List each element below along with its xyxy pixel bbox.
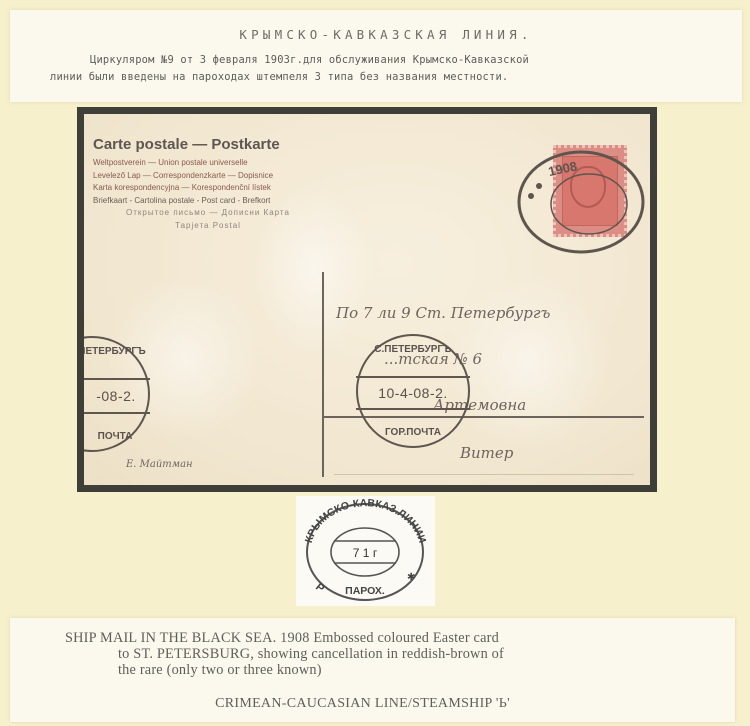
section-heading: КРЫМСКО-КАВКАЗСКАЯ ЛИНИЯ. bbox=[10, 27, 742, 42]
handwritten-address: Витер bbox=[460, 444, 513, 462]
svg-text:КРЫМСКО-КАВКАЗ.ЛИНИИ: КРЫМСКО-КАВКАЗ.ЛИНИИ bbox=[303, 497, 428, 544]
caption-line: to ST. PETERSBURG, showing cancellation … bbox=[65, 646, 725, 662]
description-line: линии были введены на пароходах штемпеля… bbox=[50, 69, 730, 86]
bottom-caption-label: SHIP MAIL IN THE BLACK SEA. 1908 Embosse… bbox=[10, 618, 735, 722]
language-line: Открытое письмо — Дописни Карта bbox=[93, 207, 323, 220]
postcard-languages: Weltpostverein — Union postale universel… bbox=[93, 157, 323, 232]
stamp-cancellation: 1908 bbox=[509, 144, 649, 264]
svg-text:✱: ✱ bbox=[407, 572, 415, 583]
language-line: Karta korespondencyjna — Korespondenční … bbox=[93, 182, 323, 195]
postcard: Carte postale — Postkarte Weltpostverein… bbox=[84, 114, 650, 485]
ship-cancellation-illustration: КРЫМСКО-КАВКАЗ.ЛИНИИ 7 1 г ПАРОХ. Р ✱ bbox=[296, 496, 435, 606]
postcard-title: Carte postale — Postkarte bbox=[93, 136, 280, 153]
language-line: Weltpostverein — Union postale universel… bbox=[93, 157, 323, 170]
description-text: Циркуляром №9 от 3 февраля 1903г.для обс… bbox=[50, 52, 730, 86]
ship-cancellation-drawing: КРЫМСКО-КАВКАЗ.ЛИНИИ 7 1 г ПАРОХ. Р ✱ bbox=[296, 496, 435, 606]
postcard-frame: Carte postale — Postkarte Weltpostverein… bbox=[77, 107, 657, 492]
postmark-date: 10-4-08-2. bbox=[356, 376, 470, 411]
sender-signature: Е. Майтман bbox=[126, 459, 193, 470]
svg-text:Р: Р bbox=[313, 581, 326, 595]
caption-text: SHIP MAIL IN THE BLACK SEA. 1908 Embosse… bbox=[65, 630, 725, 678]
language-line: Briefkaart - Cartolina postale - Post ca… bbox=[93, 195, 323, 208]
handwritten-address: По 7 ли 9 Ст. Петербургъ bbox=[336, 304, 550, 322]
address-divider bbox=[322, 272, 324, 477]
svg-text:ПАРОХ.: ПАРОХ. bbox=[345, 585, 385, 597]
postmark-date: -08-2. bbox=[84, 378, 150, 413]
language-line: Levelező Lap — Correspondenzkarte — Dopi… bbox=[93, 170, 323, 183]
svg-text:7 1 г: 7 1 г bbox=[353, 546, 378, 560]
caption-line: SHIP MAIL IN THE BLACK SEA. 1908 Embosse… bbox=[65, 630, 725, 646]
postmark-st-petersburg: С.ПЕТЕРБУРГЪ 10-4-08-2. ГОР.ПОЧТА bbox=[356, 334, 470, 448]
language-line: Тарјета Postal bbox=[93, 220, 323, 233]
top-description-label: КРЫМСКО-КАВКАЗСКАЯ ЛИНИЯ. Циркуляром №9 … bbox=[10, 10, 742, 102]
description-line: Циркуляром №9 от 3 февраля 1903г.для обс… bbox=[50, 52, 730, 69]
postmark-left-partial: ПЕТЕРБУРГЪ -08-2. ПОЧТА bbox=[84, 336, 150, 452]
address-line bbox=[334, 474, 634, 475]
caption-subtitle: CRIMEAN-CAUCASIAN LINE/STEAMSHIP 'Ь' bbox=[10, 696, 735, 712]
caption-line: the rare (only two or three known) bbox=[65, 662, 725, 678]
